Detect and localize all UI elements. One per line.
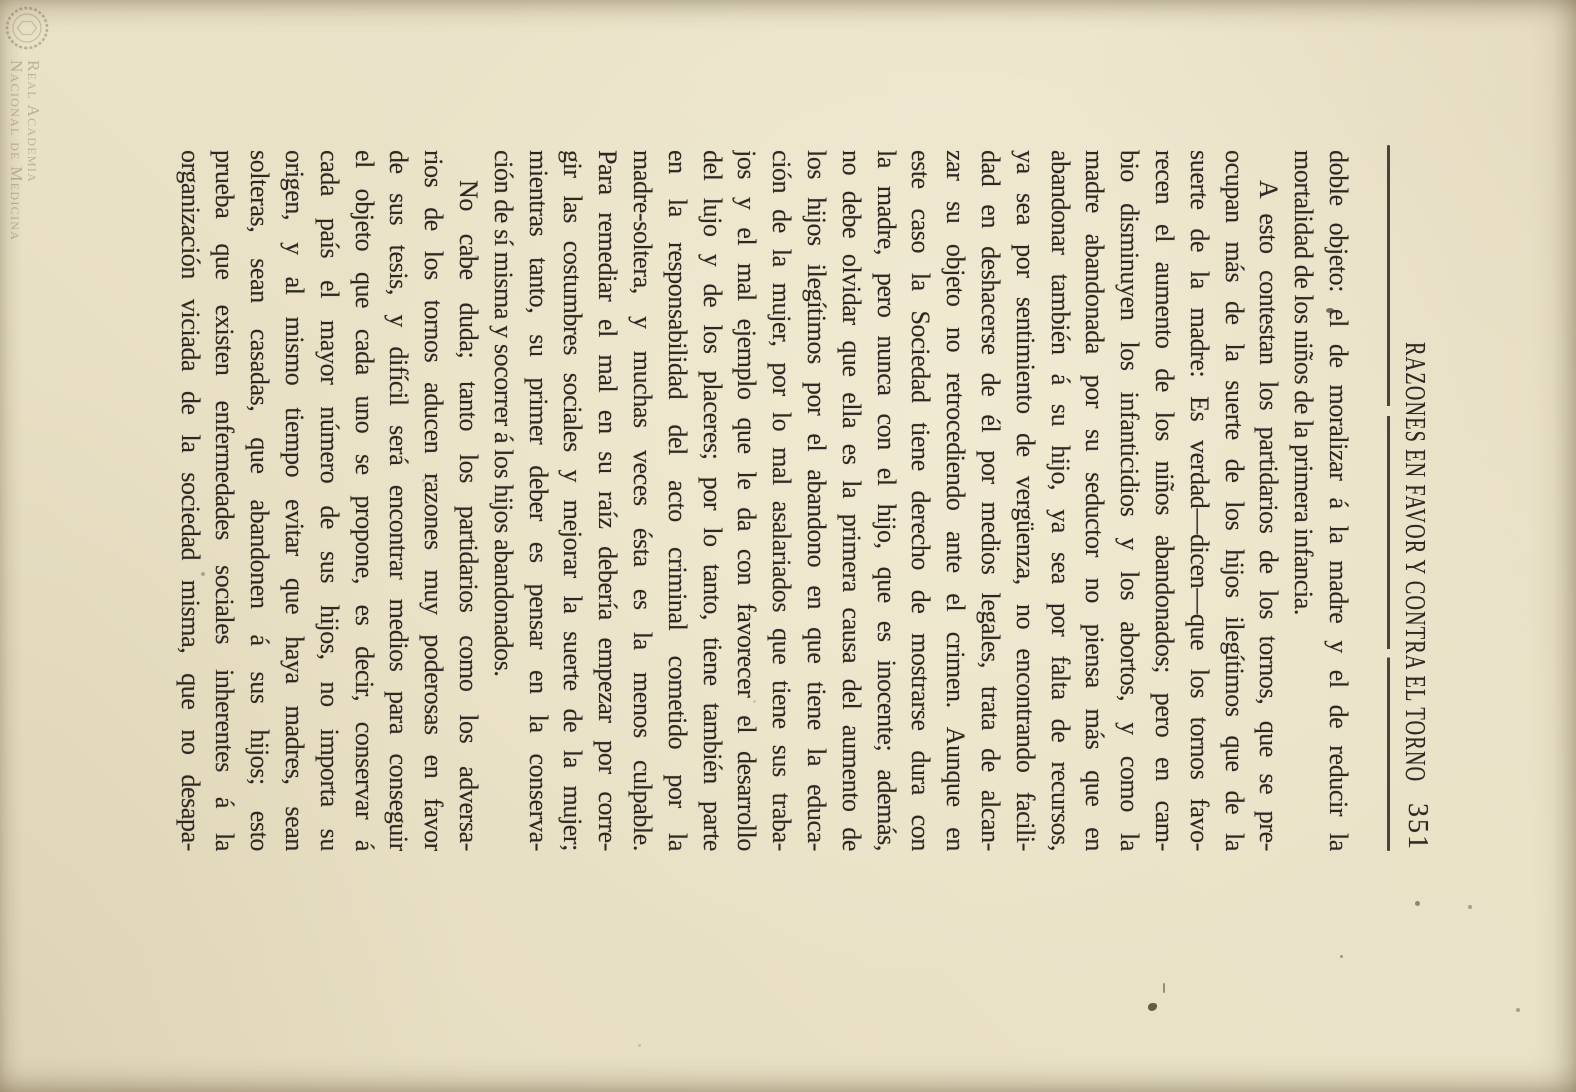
- text-line: A esto contestan los partidarios de los …: [1251, 150, 1286, 851]
- text-line: ocupan más de la suerte de los hijos ile…: [1216, 150, 1251, 851]
- text-line: el objeto que cada uno se propone, es de…: [346, 150, 381, 851]
- paper-speck: [753, 700, 756, 703]
- text-line: mientras tanto, su primer deber es pensa…: [520, 150, 555, 851]
- page-title: RAZONES EN FAVOR Y CONTRA EL TORNO: [1398, 342, 1431, 782]
- text-line: rios de los tornos aducen razones muy po…: [415, 150, 450, 851]
- watermark-text: Real Academia Nacional de Medicina: [8, 60, 41, 241]
- text-line: organización viciada de la sociedad mism…: [172, 150, 207, 851]
- body-text: doble objeto: el de moralizar á la madre…: [172, 150, 1355, 851]
- text-line: no debe olvidar que ella es la primera c…: [833, 150, 868, 851]
- text-line: ya sea por sentimiento de vergüenza, no …: [1007, 150, 1042, 851]
- watermark-line-2: Nacional de Medicina: [8, 60, 25, 241]
- paper-speck: [1516, 1008, 1520, 1012]
- watermark-line-1: Real Academia: [25, 60, 42, 241]
- text-line: No cabe duda; tanto los partidarios como…: [450, 150, 485, 851]
- text-line: abandonar también á su hijo, ya sea por …: [1042, 150, 1077, 851]
- text-line: suerte de la madre: Es verdad—dicen—que …: [1181, 150, 1216, 851]
- paper-speck: [1163, 983, 1165, 993]
- paper-speck: [422, 479, 425, 482]
- text-line: Para remediar el mal en su raíz debería …: [589, 150, 624, 851]
- scanned-page-viewport: RAZONES EN FAVOR Y CONTRA EL TORNO 351 d…: [0, 0, 1576, 1092]
- paper-speck: [475, 255, 478, 258]
- paper-speck: [1326, 308, 1334, 313]
- page-number: 351: [1401, 803, 1433, 851]
- text-line: cada país el mayor número de sus hijos, …: [311, 150, 346, 851]
- text-line: solteras, sean casadas, que abandonen á …: [242, 150, 277, 851]
- book-page: RAZONES EN FAVOR Y CONTRA EL TORNO 351 d…: [0, 0, 1576, 1092]
- text-line: del lujo y de los placeres; por lo tanto…: [694, 150, 729, 851]
- text-line: en la responsabilidad del acto criminal …: [659, 150, 694, 851]
- library-watermark: Real Academia Nacional de Medicina: [0, 5, 50, 241]
- text-line: bio disminuyen los infanticidios y los a…: [1111, 150, 1146, 851]
- paper-speck: [201, 572, 205, 576]
- text-line: ción de la mujer, por lo mal asalariados…: [763, 150, 798, 851]
- text-line: prueba que existen enfermedades sociales…: [207, 150, 242, 851]
- text-line: la madre, pero nunca con el hijo, que es…: [868, 150, 903, 851]
- header-rule: [1387, 145, 1390, 851]
- ranm-seal-icon: [0, 5, 50, 51]
- running-header: RAZONES EN FAVOR Y CONTRA EL TORNO 351: [1396, 150, 1434, 853]
- text-line: de sus tesis, y difícil será encontrar m…: [381, 150, 416, 851]
- text-line: origen, y al mismo tiempo evitar que hay…: [276, 150, 311, 851]
- text-line: doble objeto: el de moralizar á la madre…: [1320, 150, 1355, 851]
- text-line: mortalidad de los niños de la primera in…: [1285, 150, 1320, 851]
- text-line: este caso la Sociedad tiene derecho de m…: [903, 150, 938, 851]
- paper-speck: [1468, 905, 1472, 909]
- paper-speck: [1340, 955, 1343, 958]
- paper-speck: [638, 1044, 641, 1047]
- paper-speck: [1148, 1003, 1157, 1011]
- text-line: gir las costumbres sociales y mejorar la…: [555, 150, 590, 851]
- text-line: madre abandonada por su seductor no pien…: [1077, 150, 1112, 851]
- text-line: ción de sí misma y socorrer á los hijos …: [485, 150, 520, 851]
- paper-speck: [1415, 901, 1420, 906]
- text-line: madre-soltera, y muchas veces ésta es la…: [624, 150, 659, 851]
- text-line: zar su objeto no retrocediendo ante el c…: [937, 150, 972, 851]
- text-line: jos y el mal ejemplo que le da con favor…: [729, 150, 764, 851]
- text-line: recen el aumento de los niños abandonado…: [1146, 150, 1181, 851]
- text-line: dad en deshacerse de él por medios legal…: [972, 150, 1007, 851]
- text-line: los hijos ilegítimos por el abandono en …: [798, 150, 833, 851]
